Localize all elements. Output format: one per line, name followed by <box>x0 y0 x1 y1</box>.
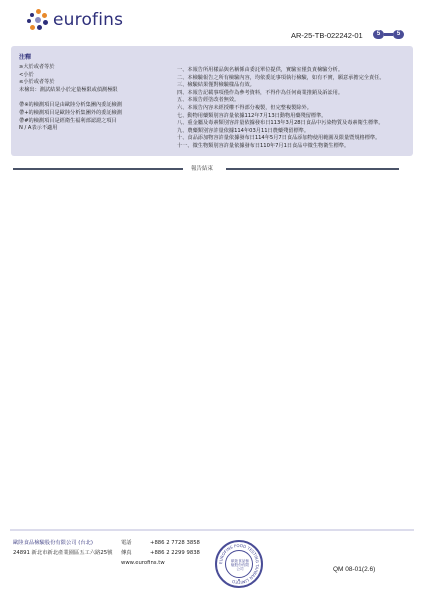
footer-address: 24891 新北市新北產業園區五工六路25號 <box>13 548 112 556</box>
report-end-marker: 報告結束 <box>13 164 399 174</box>
phone-label: 電話 <box>121 538 150 548</box>
seal-text: 歐陸食品檢驗股份有限公司 <box>230 559 250 572</box>
clause-item: 八、重金屬及毒素類別容許量依據發布日113年3月28日食品中污染物質及毒素衛生標… <box>177 120 385 128</box>
form-code: QM 08-01(2.6) <box>333 566 375 573</box>
legend-item: ≤小於或者等於 <box>19 79 122 87</box>
eurofins-logo: eurofins <box>27 9 123 31</box>
phone-number: +886 2 7728 3858 <box>150 538 200 548</box>
legend-item: ≥大於或者等於 <box>19 64 122 72</box>
page-total: 5 <box>393 30 404 39</box>
clause-item: 十一、微生物類別容許量依據發布日110年7月1日食品中微生物衛生標準。 <box>177 143 385 151</box>
marker-item: 帶※的檢測項目是由歐陸分析集團內委託檢測 <box>19 102 122 110</box>
clause-item: 十、食品添加物容許量依據發布日114年5月7日食品添加物使用範圍及限量暨規格標準… <box>177 135 385 143</box>
page-indicator: 5 5 <box>373 30 404 39</box>
footer-contact: 電話 +886 2 7728 3858 傳真 +886 2 2299 9838 … <box>121 538 200 568</box>
clause-item: 五、本報告經塗改者無效。 <box>177 97 385 105</box>
report-id: AR-25-TB-022242-01 <box>291 31 363 40</box>
page-connector <box>384 33 393 36</box>
clause-item: 三、檢驗結果僅對檢驗樣品有效。 <box>177 82 385 90</box>
notes-legend: ≥大於或者等於 <小於 ≤小於或者等於 未檢出：測試結果小於定量極限或偵測極限 … <box>19 64 122 133</box>
eurofins-logo-icon <box>27 9 49 31</box>
clause-item: 一、本報告所用樣品與名稱係由委託單位提供，實驗室僅負責檢驗分析。 <box>177 67 385 75</box>
company-seal-icon: EUROFINS FOOD TESTING TAIWAN LIMITED 歐陸食… <box>215 540 263 588</box>
divider <box>13 168 183 170</box>
notes-clauses: 一、本報告所用樣品與名稱係由委託單位提供，實驗室僅負責檢驗分析。 二、本檢驗報告… <box>177 67 385 151</box>
fax-label: 傳真 <box>121 548 150 558</box>
website-link[interactable]: www.eurofins.tw <box>121 558 165 568</box>
report-end-label: 報告結束 <box>191 164 213 172</box>
brand-name: eurofins <box>53 10 123 30</box>
marker-item: N / A表示不適用 <box>19 125 122 133</box>
clause-item: 六、本報告內容未經授權不得部分複製，但完整複製除外。 <box>177 105 385 113</box>
marker-item: 帶+的檢測項目是歐陸分析集團外的委託檢測 <box>19 110 122 118</box>
footer-divider <box>10 529 414 531</box>
footer-company: 歐陸食品檢驗股份有限公司 (台北) <box>13 538 93 546</box>
divider <box>226 168 399 170</box>
notes-panel: 注釋 ≥大於或者等於 <小於 ≤小於或者等於 未檢出：測試結果小於定量極限或偵測… <box>11 46 413 156</box>
seal-inner: 歐陸食品檢驗股份有限公司 <box>225 550 253 578</box>
legend-item: 未檢出：測試結果小於定量極限或偵測極限 <box>19 87 122 95</box>
page-current: 5 <box>373 30 384 39</box>
notes-title: 注釋 <box>19 52 31 61</box>
fax-number: +886 2 2299 9838 <box>150 548 200 558</box>
